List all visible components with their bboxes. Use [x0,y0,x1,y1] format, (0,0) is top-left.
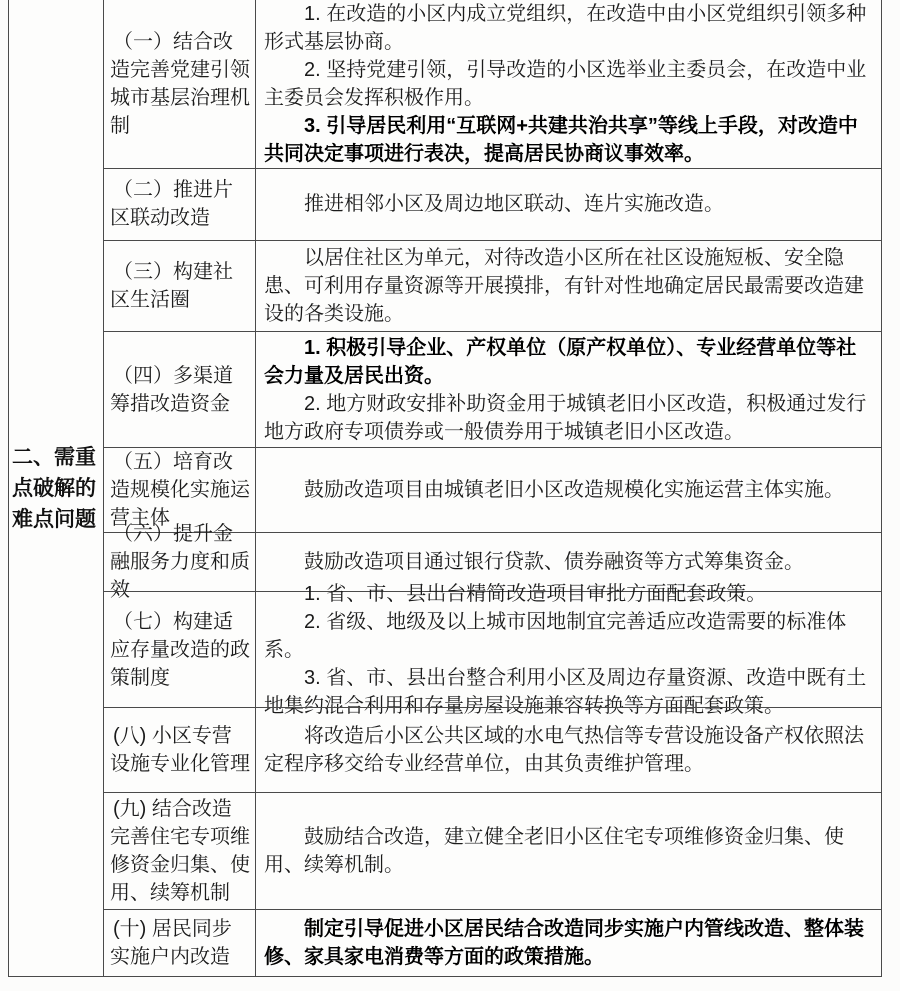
section-header-label: 二、需重点破解的难点问题 [12,442,100,535]
measure-content-cell: 制定引导促进小区居民结合改造同步实施户内管线改造、整体装修、家具家电消费等方面的… [256,910,881,976]
measure-content-cell: 鼓励改造项目由城镇老旧小区改造规模化实施运营主体实施。 [256,448,881,532]
cell-paragraph: 3. 引导居民利用“互联网+共建共治共享”等线上手段，对改造中共同决定事项进行表… [264,112,869,168]
measure-content-cell: 以居住社区为单元，对待改造小区所在社区设施短板、安全隐患、可利用存量资源等开展摸… [256,241,881,332]
table-row: （七）构建适应存量改造的政策制度 1. 省、市、县出台精简改造项目审批方面配套政… [104,591,881,707]
document-page: 二、需重点破解的难点问题 （一）结合改造完善党建引领城市基层治理机制 1. 在改… [0,0,900,991]
cell-paragraph: 2. 省级、地级及以上城市因地制宜完善适应改造需要的标准体系。 [264,608,869,664]
cell-paragraph: 1. 在改造的小区内成立党组织，在改造中由小区党组织引领多种形式基层协商。 [264,0,869,56]
policy-measures-table: 二、需重点破解的难点问题 （一）结合改造完善党建引领城市基层治理机制 1. 在改… [8,0,882,977]
cell-paragraph: 2. 地方财政安排补助资金用于城镇老旧小区改造，积极通过发行地方政府专项债券或一… [264,390,869,446]
measure-label: （四）多渠道筹措改造资金 [110,362,251,418]
measure-label-cell: (九) 结合改造完善住宅专项维修资金归集、使用、续筹机制 [104,793,256,909]
measure-content-cell: 鼓励结合改造，建立健全老旧小区住宅专项维修资金归集、使用、续筹机制。 [256,793,881,909]
cell-paragraph: 鼓励改造项目由城镇老旧小区改造规模化实施运营主体实施。 [264,476,869,504]
measure-label-cell: （三）构建社区生活圈 [104,241,256,332]
measure-label: (十) 居民同步实施户内改造 [110,915,251,971]
measure-label-cell: (八) 小区专营设施专业化管理 [104,708,256,792]
table-row: (十) 居民同步实施户内改造 制定引导促进小区居民结合改造同步实施户内管线改造、… [104,909,881,976]
measure-content-cell: 1. 在改造的小区内成立党组织，在改造中由小区党组织引领多种形式基层协商。2. … [256,0,881,168]
table-row: （三）构建社区生活圈 以居住社区为单元，对待改造小区所在社区设施短板、安全隐患、… [104,240,881,332]
measure-label-cell: （四）多渠道筹措改造资金 [104,332,256,447]
cell-paragraph: 2. 坚持党建引领，引导改造的小区选举业主委员会，在改造中业主委员会发挥积极作用… [264,56,869,112]
measure-label: (九) 结合改造完善住宅专项维修资金归集、使用、续筹机制 [110,795,251,907]
table-row: （一）结合改造完善党建引领城市基层治理机制 1. 在改造的小区内成立党组织，在改… [104,0,881,168]
cell-paragraph: 1. 积极引导企业、产权单位（原产权单位）、专业经营单位等社会力量及居民出资。 [264,334,869,390]
table-row: （二）推进片区联动改造 推进相邻小区及周边地区联动、连片实施改造。 [104,168,881,240]
measure-content-cell: 将改造后小区公共区域的水电气热信等专营设施设备产权依照法定程序移交给专业经营单位… [256,708,881,792]
measure-label-cell: （一）结合改造完善党建引领城市基层治理机制 [104,0,256,168]
measure-content-cell: 推进相邻小区及周边地区联动、连片实施改造。 [256,169,881,240]
measure-label: （七）构建适应存量改造的政策制度 [110,608,251,692]
measure-content-cell: 1. 积极引导企业、产权单位（原产权单位）、专业经营单位等社会力量及居民出资。2… [256,332,881,447]
cell-paragraph: 以居住社区为单元，对待改造小区所在社区设施短板、安全隐患、可利用存量资源等开展摸… [264,244,869,328]
table-row: （四）多渠道筹措改造资金 1. 积极引导企业、产权单位（原产权单位）、专业经营单… [104,331,881,447]
measure-label: （三）构建社区生活圈 [110,258,251,314]
table-row: (八) 小区专营设施专业化管理 将改造后小区公共区域的水电气热信等专营设施设备产… [104,707,881,792]
table-rows: （一）结合改造完善党建引领城市基层治理机制 1. 在改造的小区内成立党组织，在改… [104,0,881,976]
section-header-cell: 二、需重点破解的难点问题 [9,0,104,976]
measure-label: （二）推进片区联动改造 [110,176,251,232]
cell-paragraph: 1. 省、市、县出台精简改造项目审批方面配套政策。 [264,580,869,608]
measure-content-cell: 1. 省、市、县出台精简改造项目审批方面配套政策。2. 省级、地级及以上城市因地… [256,592,881,707]
measure-label: （一）结合改造完善党建引领城市基层治理机制 [110,28,251,140]
measure-label-cell: (十) 居民同步实施户内改造 [104,910,256,976]
cell-paragraph: 鼓励结合改造，建立健全老旧小区住宅专项维修资金归集、使用、续筹机制。 [264,823,869,879]
cell-paragraph: 将改造后小区公共区域的水电气热信等专营设施设备产权依照法定程序移交给专业经营单位… [264,722,869,778]
cell-paragraph: 制定引导促进小区居民结合改造同步实施户内管线改造、整体装修、家具家电消费等方面的… [264,915,869,971]
measure-label-cell: （二）推进片区联动改造 [104,169,256,240]
table-row: (九) 结合改造完善住宅专项维修资金归集、使用、续筹机制 鼓励结合改造，建立健全… [104,792,881,909]
measure-label: (八) 小区专营设施专业化管理 [110,722,251,778]
measure-label-cell: （七）构建适应存量改造的政策制度 [104,592,256,707]
cell-paragraph: 鼓励改造项目通过银行贷款、债券融资等方式筹集资金。 [264,548,869,576]
measure-label-cell: （六）提升金融服务力度和质效 [104,533,256,591]
cell-paragraph: 推进相邻小区及周边地区联动、连片实施改造。 [264,190,869,218]
